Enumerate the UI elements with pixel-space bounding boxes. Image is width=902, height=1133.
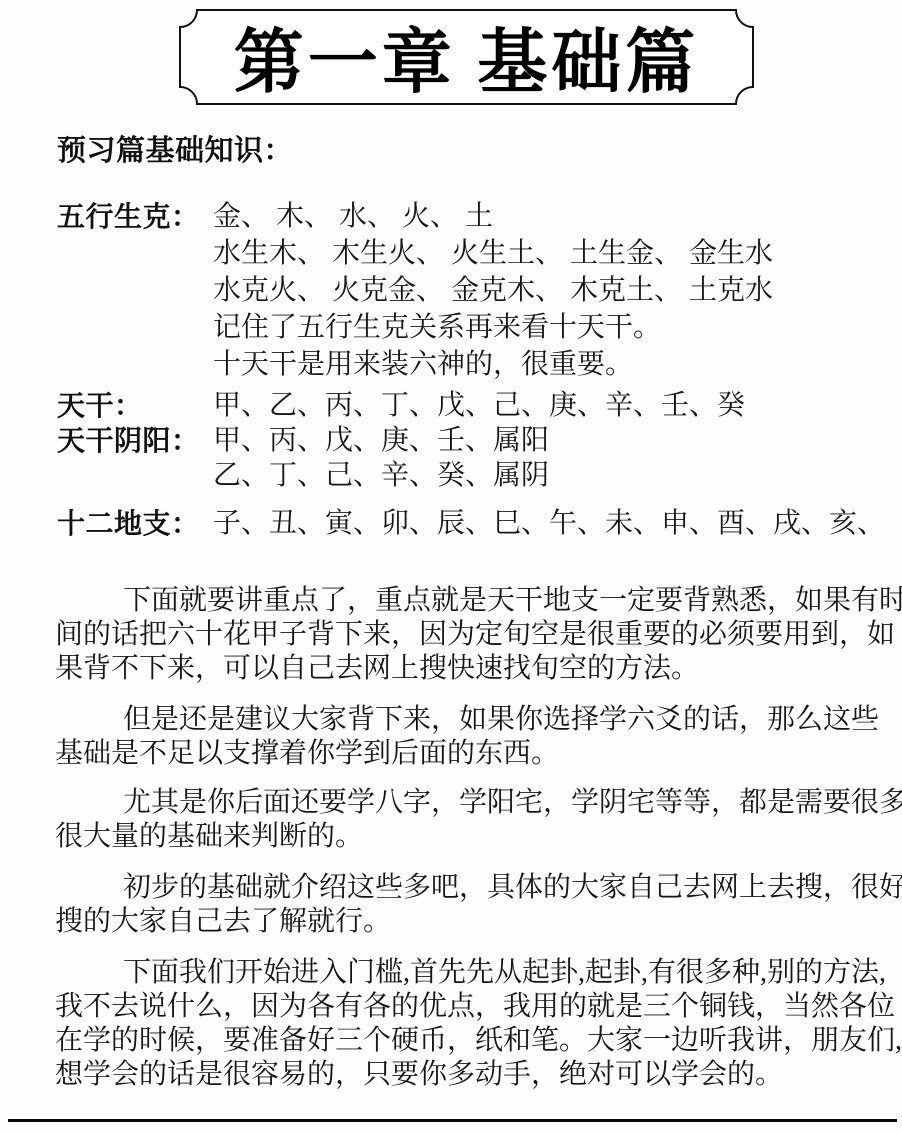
scanned-book-page: 第一章 基础篇 预习篇基础知识： 五行生克： 金、 木、 水、 火、 土 水生木… (0, 0, 902, 1133)
glossary-label: 天干： (57, 388, 213, 423)
glossary-line: 子、丑、寅、卯、辰、巳、午、未、申、酉、戌、亥、 (213, 505, 885, 542)
glossary-content: 金、 木、 水、 火、 土 水生木、 木生火、 火生土、 土生金、 金生水 水克… (213, 198, 773, 383)
glossary-row-wuxing: 五行生克： 金、 木、 水、 火、 土 水生木、 木生火、 火生土、 土生金、 … (57, 198, 773, 383)
glossary-line: 乙、丁、己、辛、癸、属阴 (213, 458, 549, 493)
glossary-content: 甲、乙、丙、丁、戊、己、庚、辛、壬、癸 (213, 388, 745, 423)
paragraph-line: 尤其是你后面还要学八字，学阳宅，学阴宅等等，都是需要很多 (55, 786, 887, 820)
body-paragraph: 但是还是建议大家背下来，如果你选择学六爻的话，那么这些 基础是不足以支撑着你学到… (55, 703, 887, 771)
glossary-line: 十天干是用来装六神的，很重要。 (213, 346, 773, 383)
glossary-label: 天干阴阳： (57, 423, 213, 458)
glossary-row-tiangan-yinyang: 天干阴阳： 甲、丙、戊、庚、壬、属阳 乙、丁、己、辛、癸、属阴 (57, 423, 549, 493)
glossary-label: 五行生克： (57, 198, 213, 235)
paragraph-line: 下面我们开始进入门槛,首先先从起卦,起卦,有很多种,别的方法, (55, 956, 887, 990)
glossary-content: 子、丑、寅、卯、辰、巳、午、未、申、酉、戌、亥、 (213, 505, 885, 542)
paragraph-line: 基础是不足以支撑着你学到后面的东西。 (55, 737, 887, 771)
paragraph-line: 搜的大家自己去了解就行。 (55, 905, 887, 939)
glossary-line: 甲、丙、戊、庚、壬、属阳 (213, 423, 549, 458)
paragraph-line: 但是还是建议大家背下来，如果你选择学六爻的话，那么这些 (55, 703, 887, 737)
body-paragraph: 初步的基础就介绍这些多吧，具体的大家自己去网上去搜，很好 搜的大家自己去了解就行… (55, 871, 887, 939)
chapter-title: 第一章 基础篇 (178, 8, 755, 106)
paragraph-line: 想学会的话是很容易的，只要你多动手，绝对可以学会的。 (55, 1058, 887, 1092)
body-paragraph: 尤其是你后面还要学八字，学阳宅，学阴宅等等，都是需要很多 很大量的基础来判断的。 (55, 786, 887, 854)
glossary-row-dizhi: 十二地支： 子、丑、寅、卯、辰、巳、午、未、申、酉、戌、亥、 (57, 505, 885, 542)
paragraph-line: 间的话把六十花甲子背下来，因为定旬空是很重要的必须要用到，如 (55, 618, 887, 652)
body-paragraph: 下面就要讲重点了，重点就是天干地支一定要背熟悉，如果有时 间的话把六十花甲子背下… (55, 584, 887, 686)
intro-heading: 预习篇基础知识： (57, 133, 293, 169)
glossary-line: 甲、乙、丙、丁、戊、己、庚、辛、壬、癸 (213, 388, 745, 423)
glossary-line: 记住了五行生克关系再来看十天干。 (213, 309, 773, 346)
glossary-line: 金、 木、 水、 火、 土 (213, 198, 773, 235)
paragraph-line: 很大量的基础来判断的。 (55, 820, 887, 854)
paragraph-line: 我不去说什么，因为各有各的优点，我用的就是三个铜钱，当然各位 (55, 990, 887, 1024)
glossary-line: 水克火、 火克金、 金克木、 木克土、 土克水 (213, 272, 773, 309)
chapter-banner: 第一章 基础篇 (178, 8, 755, 106)
glossary-content: 甲、丙、戊、庚、壬、属阳 乙、丁、己、辛、癸、属阴 (213, 423, 549, 493)
glossary-label: 十二地支： (57, 505, 213, 542)
glossary-line: 水生木、 木生火、 火生土、 土生金、 金生水 (213, 235, 773, 272)
paragraph-line: 果背不下来，可以自己去网上搜快速找旬空的方法。 (55, 652, 887, 686)
glossary-row-tiangan: 天干： 甲、乙、丙、丁、戊、己、庚、辛、壬、癸 (57, 388, 745, 423)
page-bottom-rule (8, 1119, 897, 1122)
paragraph-line: 下面就要讲重点了，重点就是天干地支一定要背熟悉，如果有时 (55, 584, 887, 618)
body-paragraph: 下面我们开始进入门槛,首先先从起卦,起卦,有很多种,别的方法, 我不去说什么，因… (55, 956, 887, 1092)
paragraph-line: 初步的基础就介绍这些多吧，具体的大家自己去网上去搜，很好 (55, 871, 887, 905)
paragraph-line: 在学的时候，要准备好三个硬币，纸和笔。大家一边听我讲，朋友们, (55, 1024, 887, 1058)
